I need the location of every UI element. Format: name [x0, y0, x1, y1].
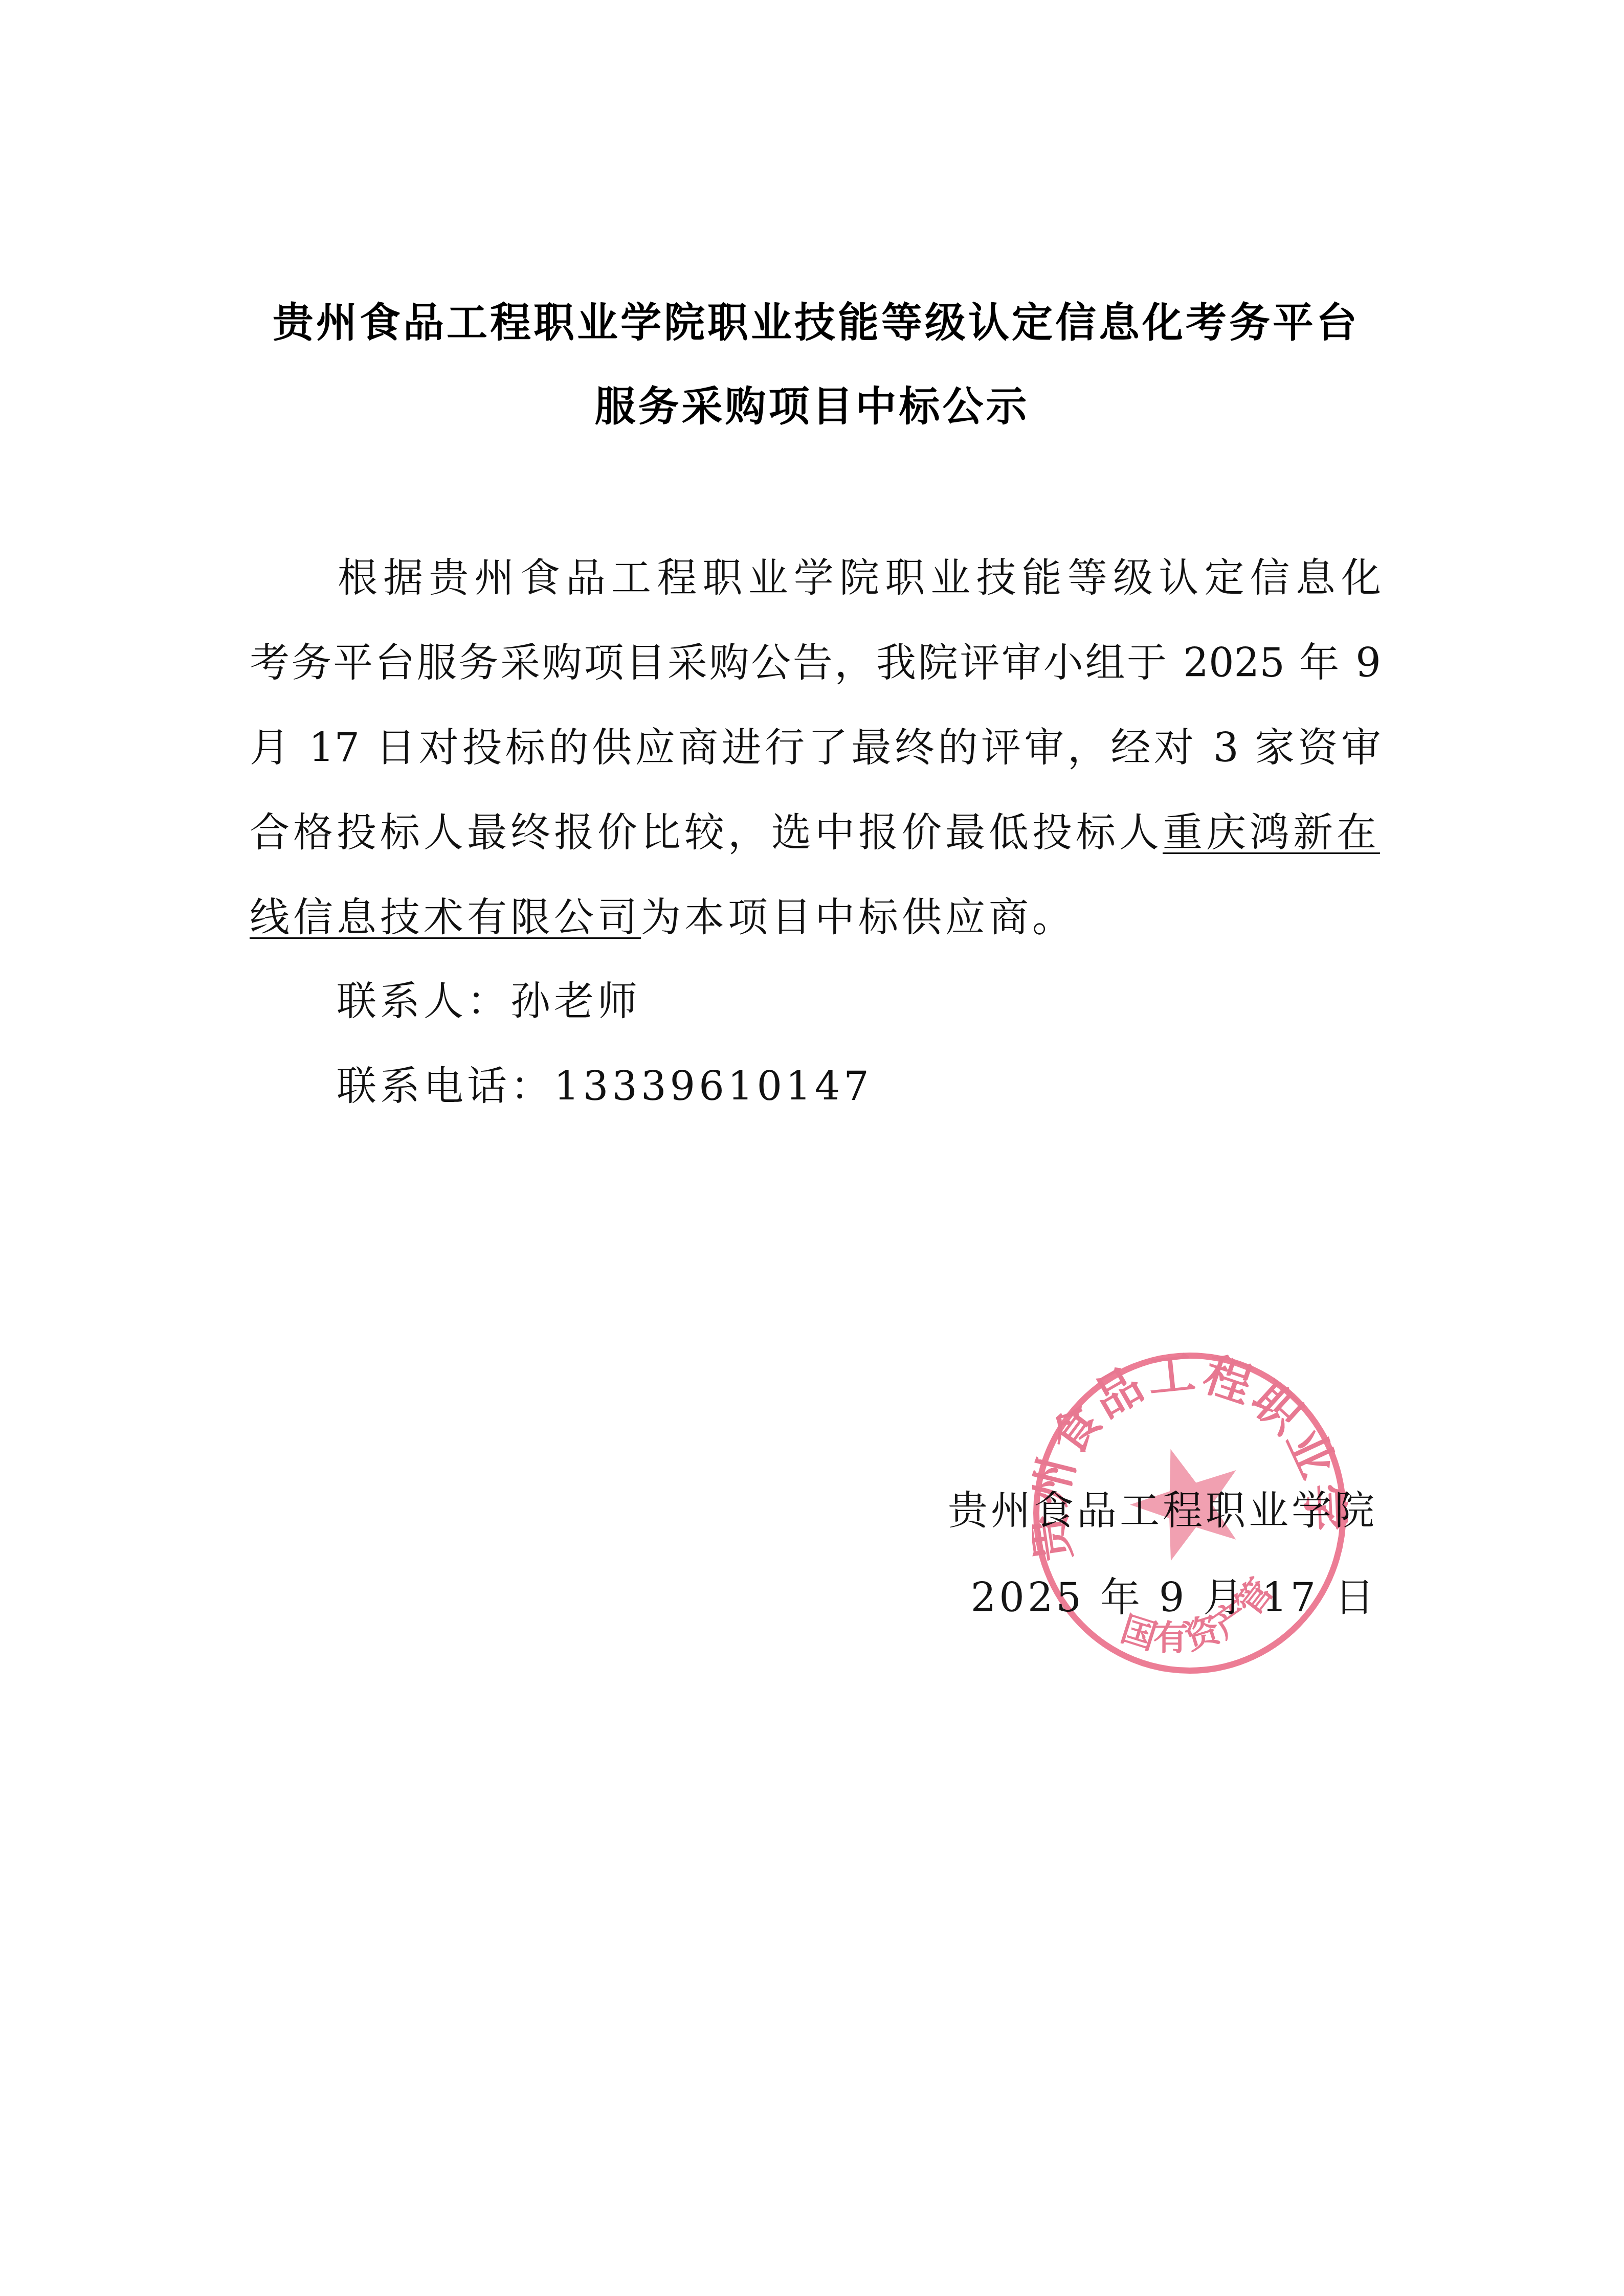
contact-phone: 联系电话：13339610147: [337, 1062, 873, 1111]
seal-star-icon: [1118, 1432, 1257, 1567]
contact-phone-label: 联系电话：: [337, 1064, 554, 1110]
body-paragraph-line-5: 线信息技术有限公司为本项目中标供应商。: [250, 893, 1381, 942]
body-line-5-rest: 为本项目中标供应商。: [641, 895, 1076, 941]
body-paragraph-line-4: 合格投标人最终报价比较，选中报价最低投标人重庆鸿新在: [250, 808, 1381, 858]
official-seal-stamp: 贵州食品工程职业学院 国有资产管理处: [1032, 1352, 1348, 1675]
contact-person: 联系人：孙老师: [337, 977, 641, 1026]
body-paragraph-line-2: 考务平台服务采购项目采购公告，我院评审小组于 2025 年 9: [250, 639, 1381, 688]
body-paragraph-line-3: 月 17 日对投标的供应商进行了最终的评审，经对 3 家资审: [250, 724, 1381, 773]
contact-person-value: 孙老师: [510, 979, 641, 1025]
winner-name-part-2: 线信息技术有限公司: [250, 895, 641, 941]
contact-phone-value: 13339610147: [554, 1064, 873, 1110]
winner-name-part-1: 重庆鸿新在: [1163, 810, 1380, 856]
body-paragraph-line-1: 根据贵州食品工程职业学院职业技能等级认定信息化: [338, 554, 1381, 603]
body-line-4-text: 合格投标人最终报价比较，选中报价最低投标人: [250, 810, 1163, 856]
document-title-line-1: 贵州食品工程职业学院职业技能等级认定信息化考务平台: [0, 298, 1624, 347]
document-title-line-2: 服务采购项目中标公示: [0, 382, 1624, 431]
contact-person-label: 联系人：: [337, 979, 510, 1025]
seal-icon: 贵州食品工程职业学院 国有资产管理处: [1032, 1352, 1348, 1675]
document-page: 贵州食品工程职业学院职业技能等级认定信息化考务平台 服务采购项目中标公示 根据贵…: [0, 0, 1624, 2296]
